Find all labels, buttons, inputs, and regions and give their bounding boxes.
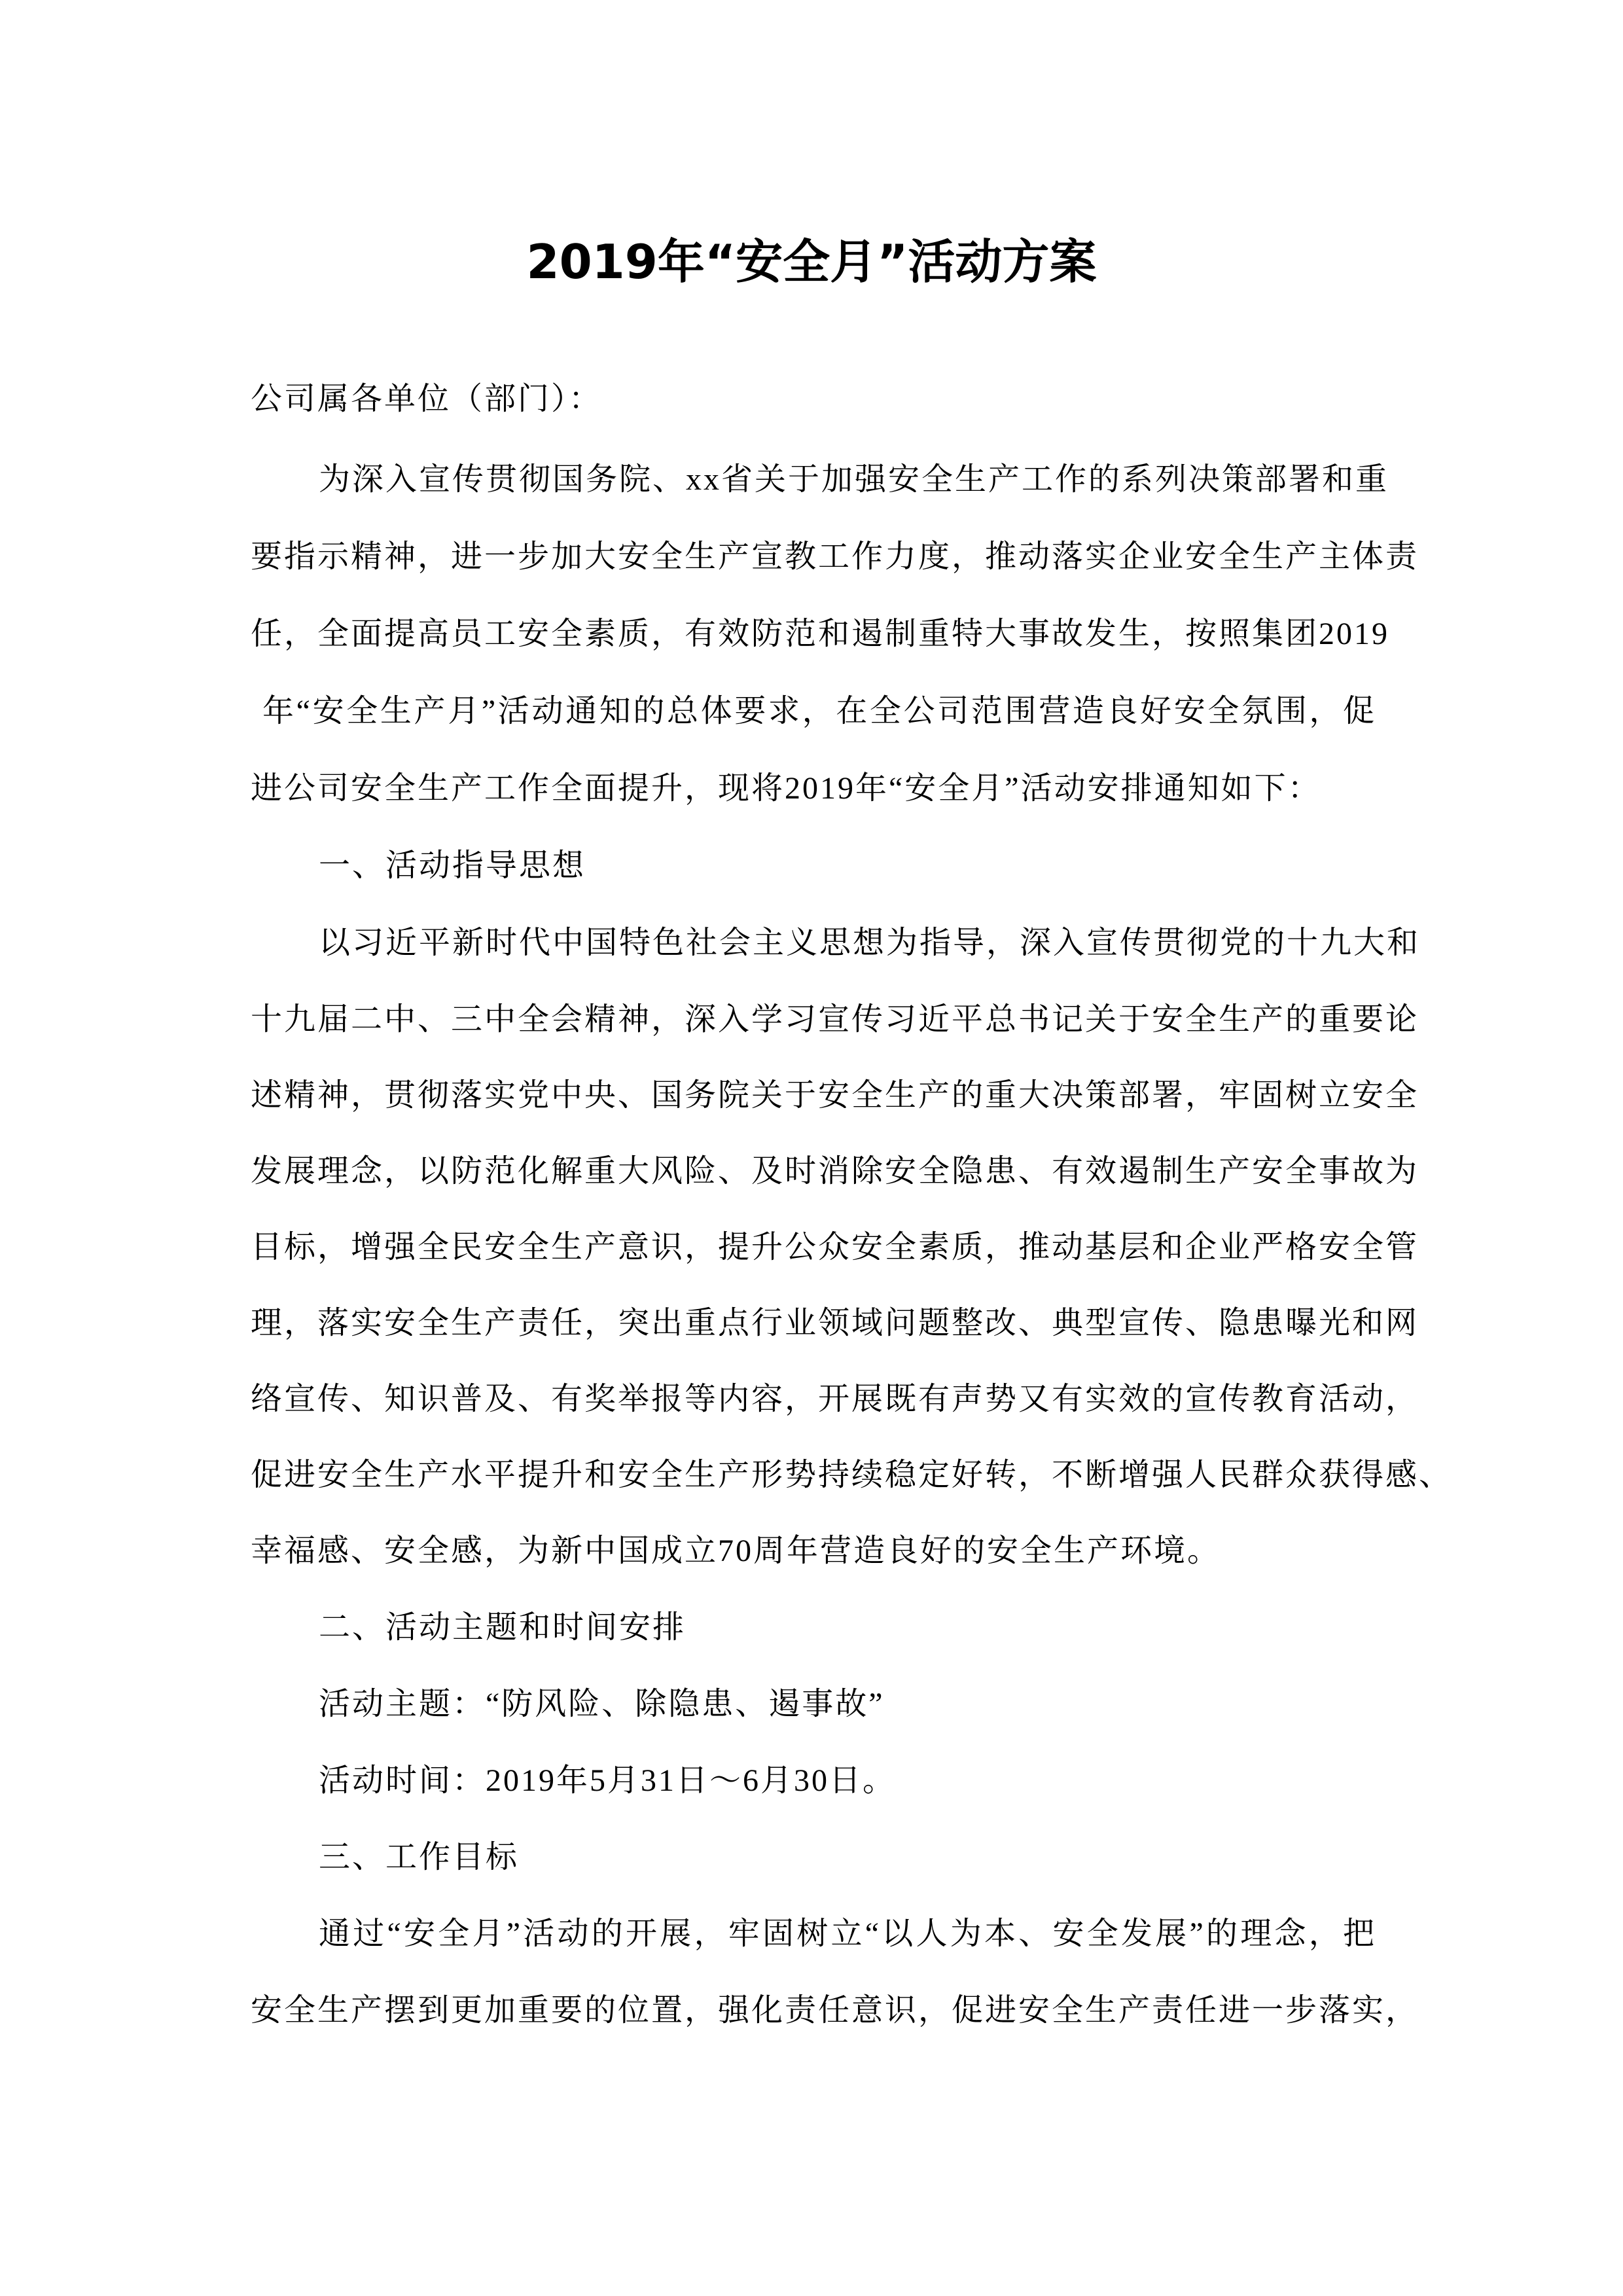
paragraph-line: 以习近平新时代中国特色社会主义思想为指导，深入宣传贯彻党的十九大和	[251, 917, 1376, 969]
paragraph-line: 进公司安全生产工作全面提升，现将2019年“安全月”活动安排通知如下：	[251, 762, 1376, 815]
paragraph-line: 络宣传、知识普及、有奖举报等内容，开展既有声势又有实效的宣传教育活动，	[251, 1373, 1399, 1426]
section-heading: 一、活动指导思想	[251, 840, 1376, 892]
section-heading: 三、工作目标	[251, 1831, 1376, 1884]
salutation: 公司属各单位（部门）：	[251, 373, 1376, 425]
paragraph-line: 目标，增强全民安全生产意识，提升公众安全素质，推动基层和企业严格安全管	[251, 1221, 1376, 1274]
paragraph-line: 要指示精神，进一步加大安全生产宣教工作力度，推动落实企业安全生产主体责	[251, 531, 1376, 583]
section-heading: 二、活动主题和时间安排	[251, 1602, 1376, 1654]
paragraph-line: 任，全面提高员工安全素质，有效防范和遏制重特大事故发生，按照集团2019	[251, 608, 1376, 660]
paragraph-line: 安全生产摆到更加重要的位置，强化责任意识，促进安全生产责任进一步落实，	[251, 1984, 1399, 2037]
paragraph-line: 促进安全生产水平提升和安全生产形势持续稳定好转，不断增强人民群众获得感、	[251, 1449, 1399, 1501]
paragraph-line: 为深入宣传贯彻国务院、xx省关于加强安全生产工作的系列决策部署和重	[251, 454, 1376, 506]
activity-time: 活动时间：2019年5月31日～6月30日。	[251, 1755, 1376, 1807]
document-title: 2019年“安全月”活动方案	[0, 223, 1623, 301]
paragraph-line: 幸福感、安全感，为新中国成立70周年营造良好的安全生产环境。	[251, 1525, 1376, 1577]
document-page: 2019年“安全月”活动方案 公司属各单位（部门）： 为深入宣传贯彻国务院、xx…	[0, 0, 1623, 2296]
activity-theme: 活动主题：“防风险、除隐患、遏事故”	[251, 1678, 1376, 1731]
paragraph-line: 发展理念，以防范化解重大风险、及时消除安全隐患、有效遏制生产安全事故为	[251, 1145, 1376, 1198]
paragraph-line: 理，落实安全生产责任，突出重点行业领域问题整改、典型宣传、隐患曝光和网	[251, 1297, 1376, 1350]
paragraph-line: 通过“安全月”活动的开展，牢固树立“以人为本、安全发展”的理念，把	[251, 1908, 1376, 1960]
paragraph-line: 十九届二中、三中全会精神，深入学习宣传习近平总书记关于安全生产的重要论	[251, 994, 1376, 1046]
paragraph-line: 述精神，贯彻落实党中央、国务院关于安全生产的重大决策部署，牢固树立安全	[251, 1069, 1376, 1122]
paragraph-line: 年“安全生产月”活动通知的总体要求，在全公司范围营造良好安全氛围，促	[251, 685, 1376, 738]
